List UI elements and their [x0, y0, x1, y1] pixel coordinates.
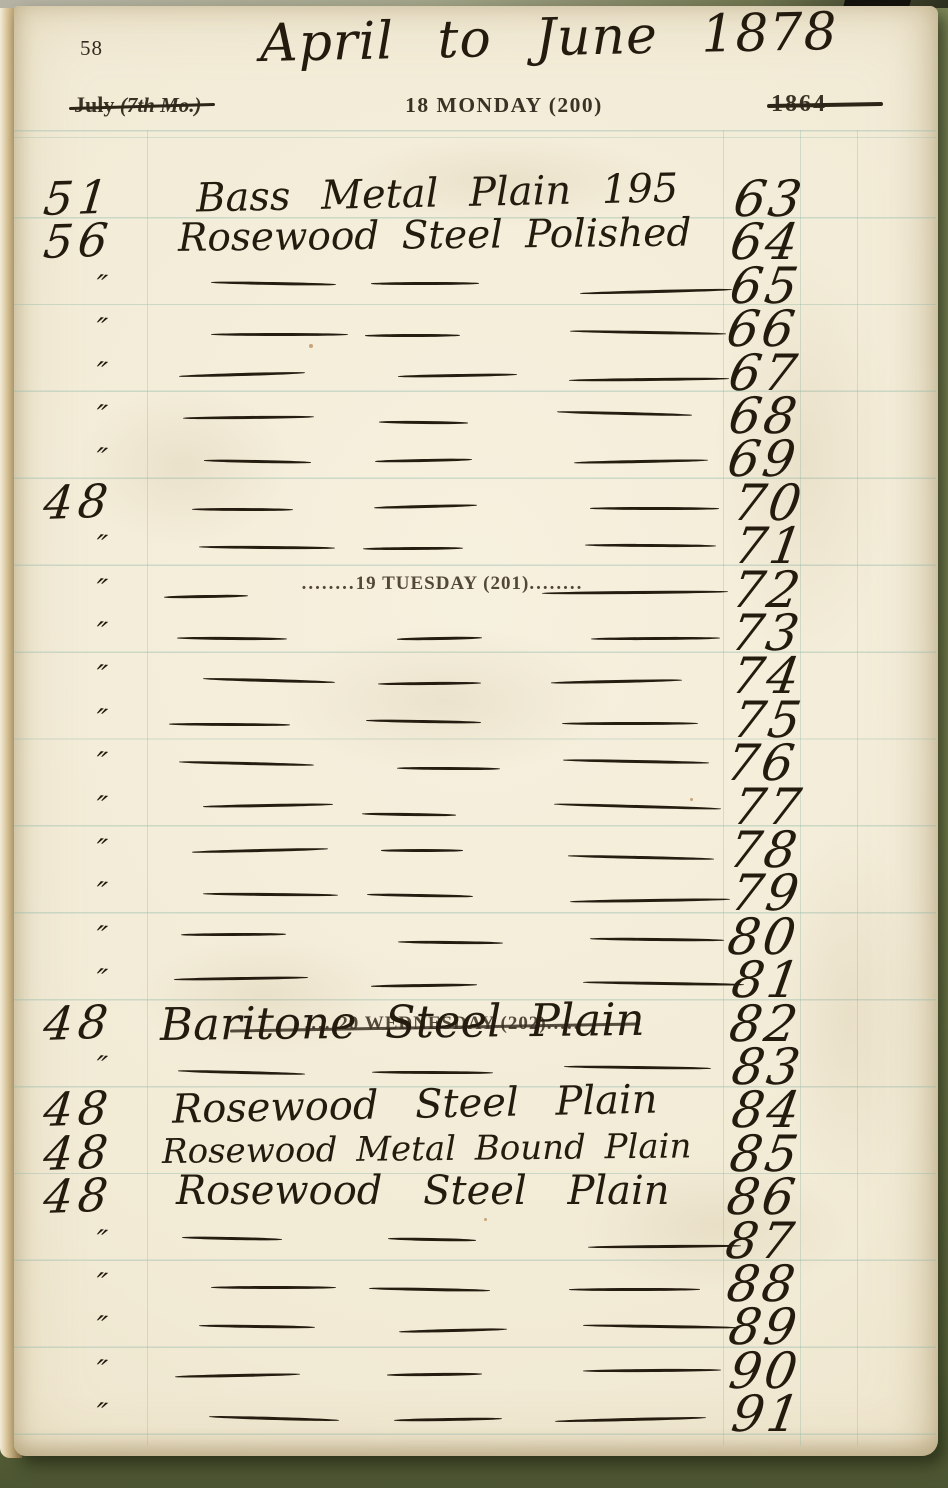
ditto-dash	[570, 898, 730, 903]
entry-text: Baritone Steel Plain	[160, 992, 726, 1051]
ditto-dash	[591, 637, 720, 640]
ditto-mark: ″	[94, 529, 107, 565]
ditto-dash	[398, 940, 503, 944]
ditto-dash	[374, 504, 477, 509]
ditto-dash	[379, 421, 468, 425]
ditto-mark: ″	[94, 876, 107, 912]
ditto-mark: ″	[94, 919, 107, 955]
ditto-dash	[192, 848, 328, 854]
ditto-dash	[555, 1416, 706, 1422]
ditto-dash	[557, 410, 692, 416]
stock-number: 48	[41, 993, 159, 1051]
folio-number: 91	[711, 1385, 824, 1443]
ditto-dash	[179, 371, 305, 377]
ditto-dash	[551, 678, 682, 683]
ditto-dash	[174, 976, 308, 981]
ditto-dash	[562, 722, 698, 725]
stock-number: 56	[41, 211, 159, 269]
ditto-dash	[367, 893, 473, 898]
ditto-dash	[574, 458, 708, 463]
ditto-mark: ″	[94, 572, 107, 608]
ditto-dash	[203, 892, 338, 896]
ditto-mark: ″	[94, 268, 107, 304]
ditto-dash	[371, 282, 479, 285]
ditto-dash	[394, 1417, 502, 1421]
ditto-dash	[563, 758, 709, 763]
ditto-dash	[369, 1287, 490, 1292]
desk-background: 58 April to June 1878 July (7th Mo.) 18 …	[0, 0, 948, 1488]
ditto-mark: ″	[94, 1397, 107, 1433]
ditto-dash	[169, 722, 290, 725]
ditto-mark: ″	[94, 833, 107, 869]
ditto-dash	[366, 719, 481, 724]
ditto-dash	[378, 682, 481, 686]
entry-text: Rosewood Steel Plain	[160, 1168, 741, 1214]
ditto-dash	[211, 1286, 336, 1289]
ledger-rows: 51 Bass Metal Plain 195 63 56 Rosewood S…	[14, 6, 938, 1456]
ditto-dash	[362, 812, 456, 816]
ditto-dash	[203, 803, 333, 808]
ditto-mark: ″	[94, 1267, 107, 1303]
ditto-dash	[564, 1066, 711, 1070]
ditto-dash	[398, 1328, 506, 1333]
ditto-mark: ″	[94, 399, 107, 435]
ditto-dash	[363, 546, 463, 549]
stock-number: 48	[41, 472, 159, 530]
ditto-dash	[211, 281, 336, 286]
ditto-dash	[164, 594, 248, 598]
ditto-mark: ″	[94, 789, 107, 825]
ditto-dash	[182, 1236, 282, 1241]
ditto-dash	[199, 1324, 315, 1328]
ditto-dash	[209, 1415, 339, 1421]
ditto-mark: ″	[94, 442, 107, 478]
ditto-mark: ″	[94, 616, 107, 652]
ditto-mark: ″	[94, 1223, 107, 1259]
ditto-dash	[570, 330, 726, 335]
ditto-dash	[199, 546, 335, 550]
ditto-dash	[590, 937, 724, 941]
ditto-dash	[590, 507, 719, 510]
ditto-dash	[179, 760, 314, 766]
ditto-mark: ″	[94, 963, 107, 999]
ditto-mark: ″	[94, 702, 107, 738]
stock-number: 48	[41, 1166, 159, 1224]
ditto-dash	[365, 334, 460, 337]
ditto-dash	[583, 1369, 721, 1373]
ledger-row: ″ 91	[14, 1393, 938, 1439]
ditto-dash	[181, 933, 286, 936]
ditto-mark: ″	[94, 659, 107, 695]
diary-page: 58 April to June 1878 July (7th Mo.) 18 …	[14, 6, 938, 1456]
ditto-dash	[177, 636, 287, 640]
ditto-dash	[568, 854, 714, 860]
ditto-dash	[381, 849, 463, 852]
ditto-dash	[211, 333, 348, 336]
ditto-dash	[371, 984, 477, 988]
ditto-dash	[580, 288, 732, 295]
ditto-dash	[569, 377, 729, 381]
ditto-dash	[398, 373, 517, 378]
ditto-dash	[372, 1071, 493, 1074]
entry-text: Rosewood Steel Polished	[160, 210, 743, 261]
ditto-dash	[542, 590, 728, 594]
ditto-dash	[388, 1237, 476, 1241]
ditto-dash	[387, 1372, 482, 1376]
ditto-dash	[375, 458, 472, 462]
ditto-dash	[175, 1373, 300, 1378]
ditto-mark: ″	[94, 355, 107, 391]
ditto-dash	[554, 803, 721, 810]
ditto-dash	[204, 459, 311, 464]
ditto-dash	[585, 544, 716, 547]
ditto-mark: ″	[94, 1310, 107, 1346]
ditto-mark: ″	[94, 312, 107, 348]
entry-text: Rosewood Metal Bound Plain	[160, 1126, 727, 1172]
ditto-dash	[569, 1288, 700, 1291]
ditto-dash	[203, 677, 335, 683]
ditto-dash	[178, 1070, 305, 1076]
ditto-dash	[397, 636, 482, 640]
ditto-dash	[397, 766, 500, 769]
ditto-dash	[192, 507, 293, 510]
ditto-mark: ″	[94, 746, 107, 782]
ditto-mark: ″	[94, 1353, 107, 1389]
ditto-dash	[183, 416, 314, 420]
